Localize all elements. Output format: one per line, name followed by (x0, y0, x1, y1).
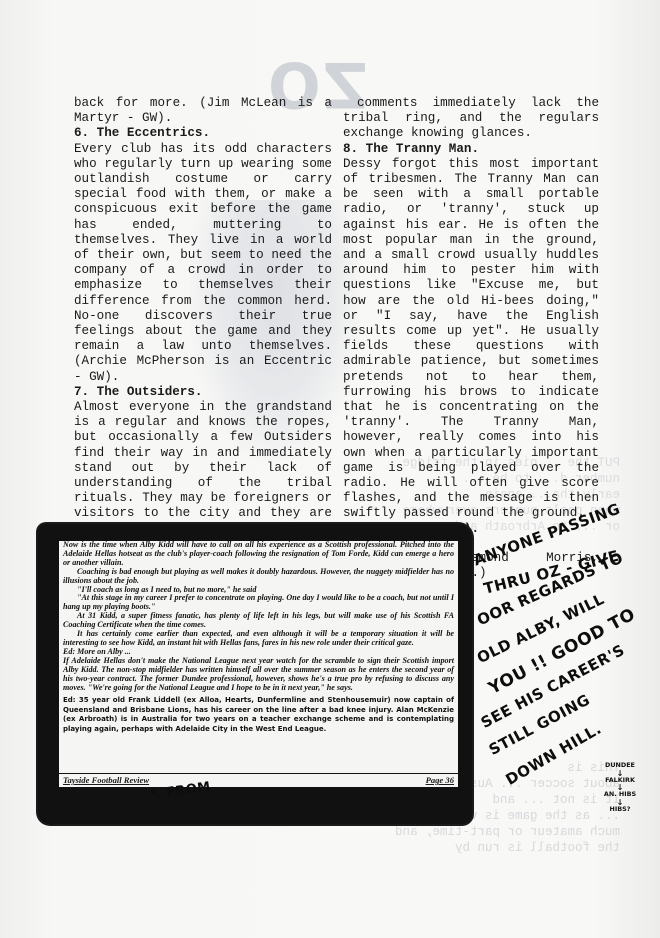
clipping-paragraph: At 31 Kidd, a super fitness fanatic, has… (63, 612, 454, 630)
clipping-paragraph: "At this stage in my career I prefer to … (63, 594, 454, 612)
article-column-right: comments immediately lack the tribal rin… (343, 96, 599, 581)
section-heading: 8. The Tranny Man. (343, 142, 599, 157)
section-heading: 7. The Outsiders. (74, 385, 332, 400)
paragraph: back for more. (Jim McLean is a Martyr -… (74, 96, 332, 126)
clipping-editor-note: Ed: 35 year old Frank Liddell (ex Alloa,… (63, 696, 454, 734)
clipping-paragraph: Now is the time when Alby Kidd will have… (63, 541, 454, 568)
route-club: HIBS? (590, 806, 650, 814)
clipping-footer: Tayside Football Review Page 36 (59, 773, 458, 787)
career-route-note: DUNDEE↓FALKIRK↓AN. HIBS↓HIBS? (590, 762, 650, 813)
paragraph: comments immediately lack the tribal rin… (343, 96, 599, 142)
clipping-page-number: Page 36 (426, 775, 454, 787)
paragraph: Every club has its odd characters who re… (74, 142, 332, 385)
section-heading: 6. The Eccentrics. (74, 126, 332, 141)
clipping-paragraph: Coaching is bad enough but playing as we… (63, 568, 454, 586)
newspaper-clipping: Now is the time when Alby Kidd will have… (59, 541, 458, 773)
clipping-paragraph: It has certainly come earlier than expec… (63, 630, 454, 648)
clipping-source: Tayside Football Review (63, 775, 149, 787)
paragraph: Dessy forgot this most important of trib… (343, 157, 599, 522)
clipping-paragraph: If Adelaide Hellas don't make the Nation… (63, 657, 454, 693)
magazine-page: OZ PUT the ...nies in the fridge number … (0, 0, 660, 938)
article-column-left: back for more. (Jim McLean is a Martyr -… (74, 96, 332, 583)
